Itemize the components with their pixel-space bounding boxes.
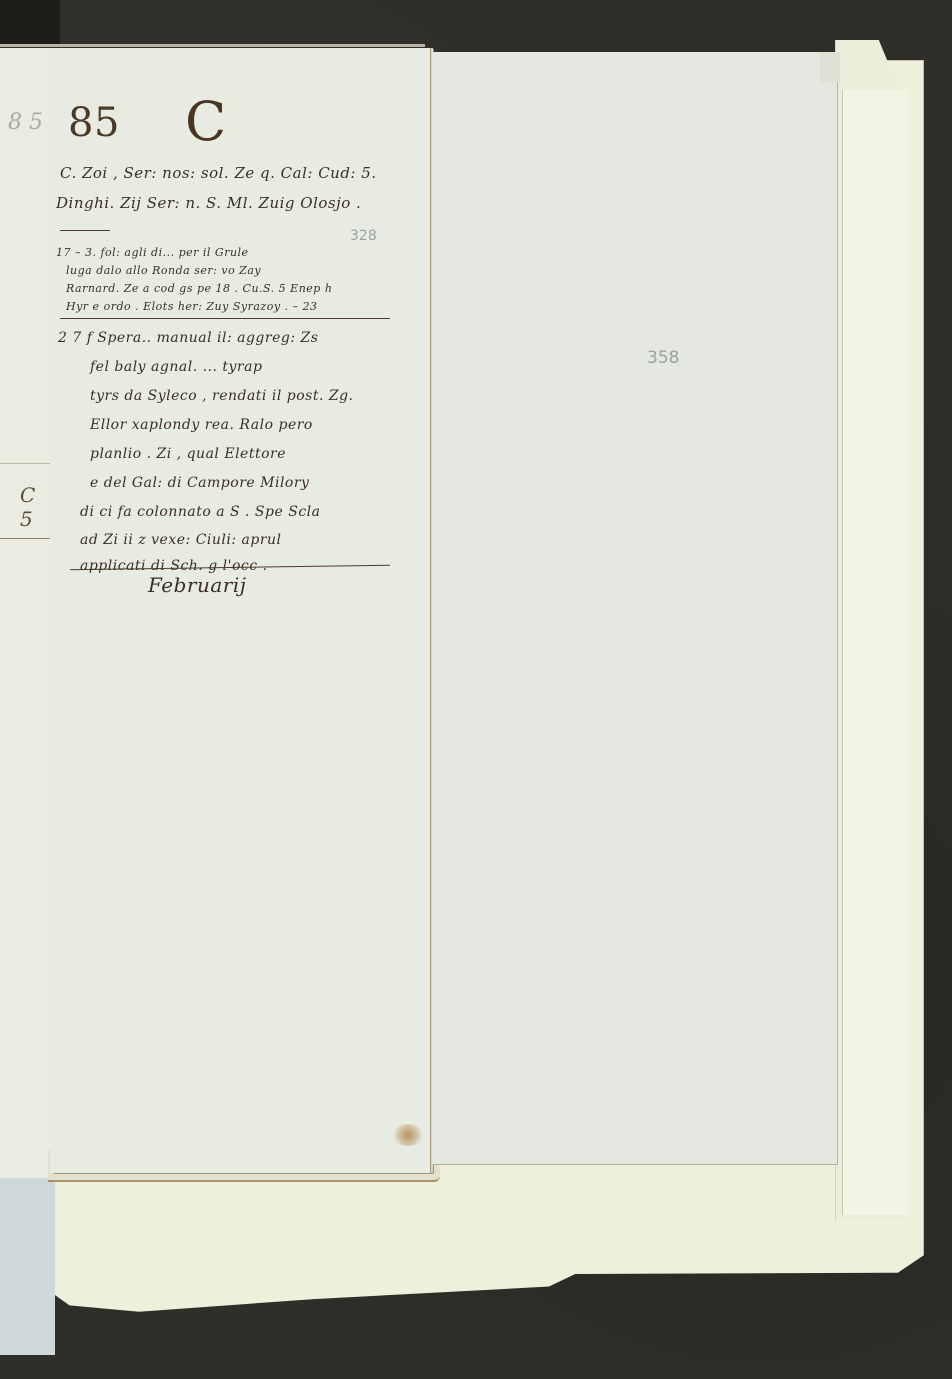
previous-page-edge: 8 5 C 5 (0, 48, 51, 1178)
entry-line: 17 – 3. fol: agli di... per il Grule (56, 246, 249, 259)
entry-line: Hyr e ordo . Elots her: Zuy Syrazoy . – … (66, 300, 318, 313)
margin-fragment: C 5 (20, 483, 50, 531)
margin-rule (0, 538, 50, 539)
binding-spine (0, 0, 60, 45)
entry-line: 2 7 f Spera.. manual il: aggreg: Zs (58, 330, 318, 346)
binding-cloth (0, 1170, 55, 1355)
entry-line: luga dalo allo Ronda ser: vo Zay (66, 264, 261, 277)
margin-rule (0, 463, 50, 464)
folded-sheet-inner (842, 90, 908, 1215)
letter-heading: C (185, 90, 227, 153)
rule (60, 318, 390, 319)
blank-page: 358 (432, 52, 837, 1164)
entry-line: planlio . Zi , qual Elettore (90, 446, 286, 462)
page-corner-tab (820, 52, 840, 82)
margin-fragment: 8 5 (8, 110, 43, 135)
pencil-folio-number: 358 (647, 348, 679, 368)
entry-line: Rarnard. Ze a cod gs pe 18 . Cu.S. 5 Ene… (66, 282, 332, 295)
folio-number: 85 (68, 100, 120, 146)
entry-line: fel baly agnal. ... tyrap (90, 359, 262, 375)
entry-line: C. Zoi , Ser: nos: sol. Ze q. Cal: Cud: … (60, 164, 377, 182)
page-top-edge (0, 44, 425, 47)
entry-line: Dinghi. Zij Ser: n. S. Ml. Zuig Olosjo . (56, 194, 361, 212)
pencil-folio-number: 328 (350, 228, 377, 244)
entry-line: ad Zi ii z vexe: Ciuli: aprul (80, 532, 282, 548)
paper-stain (392, 1124, 424, 1146)
month-heading: Februarij (148, 573, 246, 597)
entry-line: Ellor xaplondy rea. Ralo pero (90, 417, 313, 433)
entry-line: tyrs da Syleco , rendati il post. Zg. (90, 388, 354, 404)
manuscript-page: 85 C C. Zoi , Ser: nos: sol. Ze q. Cal: … (50, 48, 430, 1173)
entry-line: e del Gal: di Campore Milory (90, 475, 309, 491)
rule (60, 230, 110, 231)
entry-line: di ci fa colonnato a S . Spe Scla (80, 504, 320, 520)
